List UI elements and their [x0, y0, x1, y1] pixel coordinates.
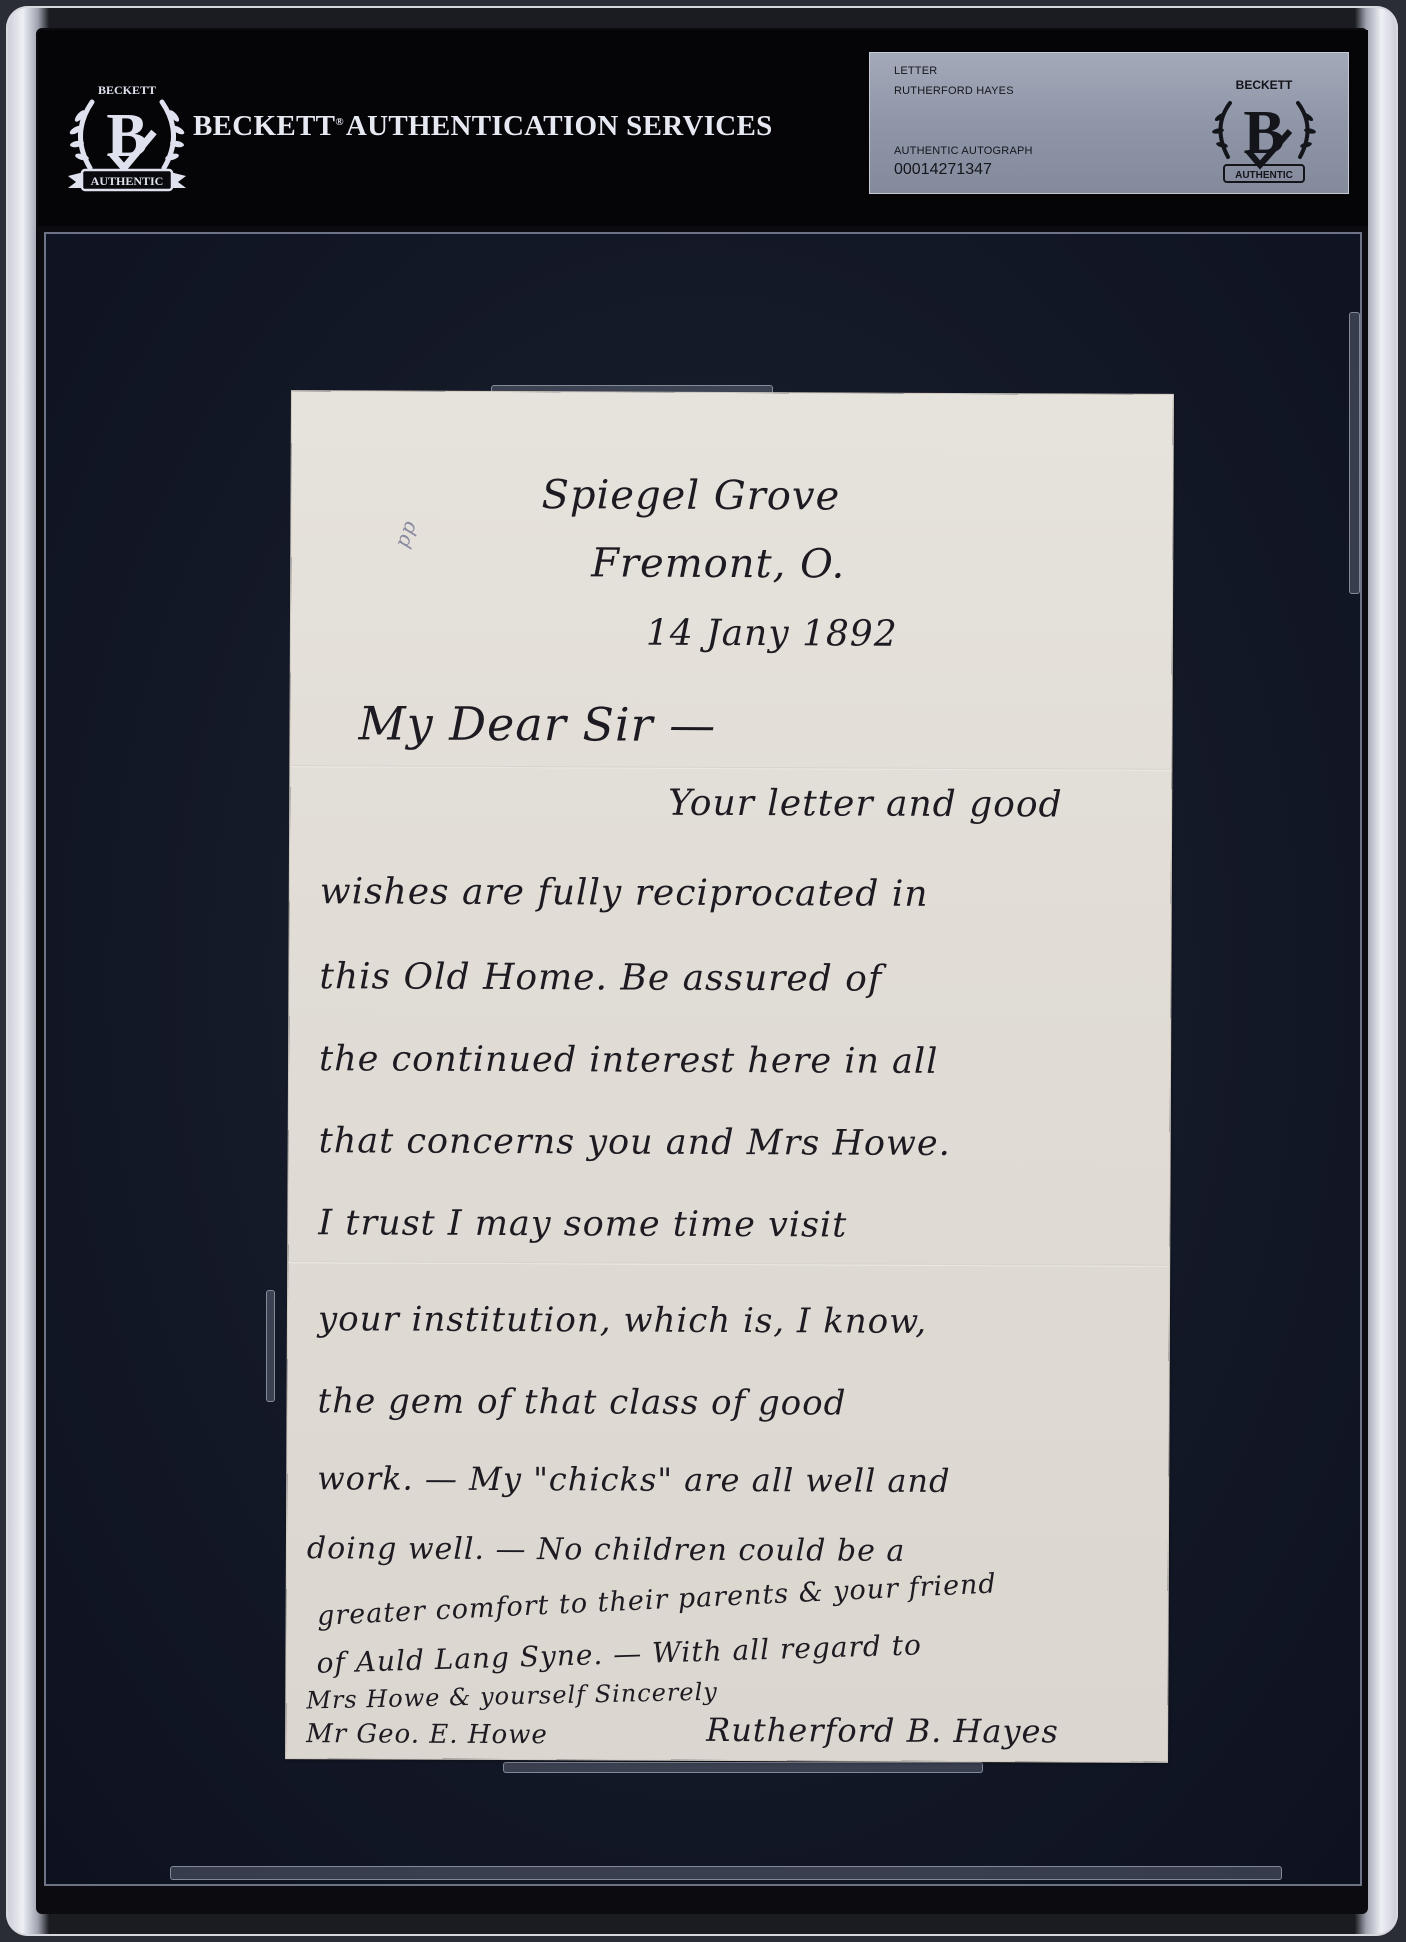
label-subject: RUTHERFORD HAYES: [894, 85, 1014, 97]
pencil-note: pp: [389, 516, 421, 550]
letter-line: your institution, which is, I know,: [318, 1299, 927, 1342]
letter-line: Your letter and good: [668, 783, 1063, 826]
svg-text:BECKETT: BECKETT: [98, 83, 156, 97]
letter-line: wishes are fully reciprocated in: [320, 871, 929, 915]
label-grade: AUTHENTIC AUTOGRAPH: [894, 145, 1033, 157]
beckett-authentic-logo-icon: BECKETT B AUTHENTIC: [62, 72, 192, 202]
beckett-authentic-seal-icon: BECKETT B AUTHENTIC: [1204, 65, 1324, 187]
paper-fold-line: [290, 765, 1171, 771]
letter-line: Mrs Howe & yourself Sincerely: [306, 1678, 718, 1715]
authentication-label: LETTER RUTHERFORD HAYES AUTHENTIC AUTOGR…: [869, 52, 1349, 194]
slab-bottom-rail: [170, 1866, 1282, 1880]
letter-line: work. — My "chicks" are all well and: [317, 1459, 950, 1500]
letter-line: greater comfort to their parents & your …: [316, 1568, 997, 1632]
brand-title: BECKETT®AUTHENTICATION SERVICES: [193, 110, 773, 143]
letter-line: this Old Home. Be assured of: [319, 956, 882, 999]
signature: Rutherford B. Hayes: [706, 1711, 1059, 1751]
handwritten-letter: pp Spiegel Grove Fremont, O. 14 Jany 189…: [286, 391, 1173, 1762]
bottom-holder-rail: [503, 1762, 983, 1773]
letter-city: Fremont, O.: [591, 540, 845, 587]
letter-line: doing well. — No children could be a: [307, 1531, 906, 1569]
svg-text:AUTHENTIC: AUTHENTIC: [91, 174, 164, 188]
letter-line: of Auld Lang Syne. — With all regard to: [316, 1628, 922, 1679]
letter-line: the continued interest here in all: [319, 1039, 938, 1082]
left-holder-rail: [266, 1290, 275, 1402]
label-serial-number: 00014271347: [894, 161, 992, 179]
right-holder-rail: [1349, 312, 1360, 594]
letter-line: that concerns you and Mrs Howe.: [319, 1121, 951, 1164]
svg-text:AUTHENTIC: AUTHENTIC: [1235, 170, 1293, 181]
letter-addressee: Mr Geo. E. Howe: [306, 1719, 548, 1750]
letter-line: I trust I may some time visit: [318, 1203, 847, 1245]
svg-text:BECKETT: BECKETT: [1236, 78, 1293, 92]
letter-date: 14 Jany 1892: [646, 613, 898, 655]
label-item-type: LETTER: [894, 65, 937, 77]
letter-place: Spiegel Grove: [541, 472, 840, 519]
paper-fold-line: [288, 1261, 1169, 1267]
letter-salutation: My Dear Sir —: [358, 696, 716, 752]
letter-line: the gem of that class of good: [317, 1381, 846, 1423]
